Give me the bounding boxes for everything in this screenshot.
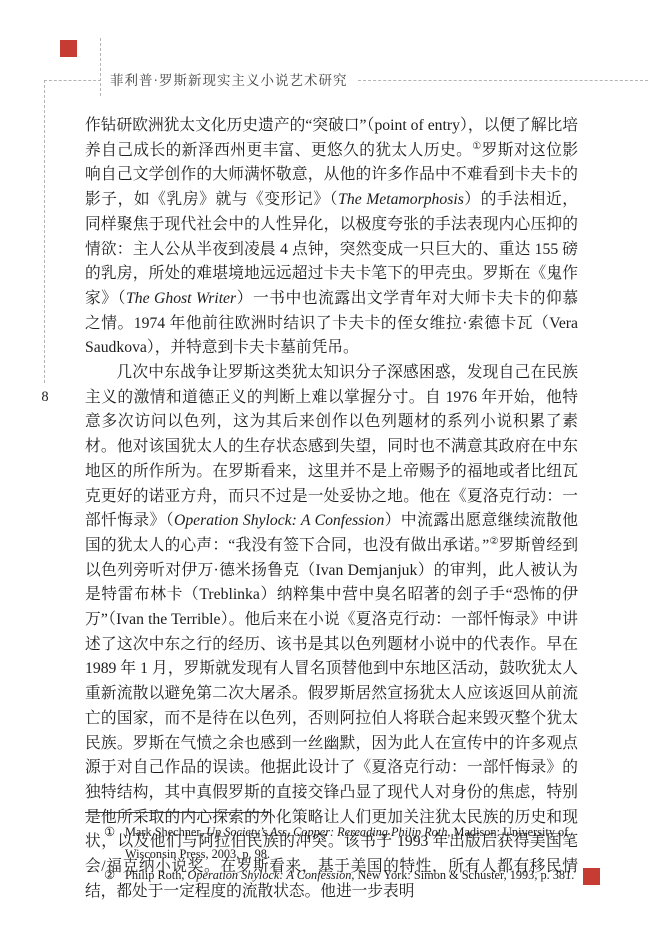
book-page: 菲利普·罗斯新现实主义小说艺术研究 8 作钻研欧洲犹太文化历史遗产的“突破口”（…	[0, 0, 661, 925]
header-dash-left	[44, 80, 101, 81]
red-corner-mark-top-left	[60, 40, 77, 57]
running-header-title: 菲利普·罗斯新现实主义小说艺术研究	[110, 71, 348, 90]
paragraph: 作钻研欧洲犹太文化历史遗产的“突破口”（point of entry），以便了解…	[85, 114, 578, 361]
header-dash-right	[358, 80, 649, 81]
body-text: 作钻研欧洲犹太文化历史遗产的“突破口”（point of entry），以便了解…	[85, 114, 578, 905]
footnote-marker: ②	[101, 865, 118, 887]
page-number: 8	[36, 389, 54, 406]
footnote-item: ①Mark Shechner, Up Society’s Ass, Copper…	[101, 822, 601, 865]
footnote-separator-rule	[85, 812, 270, 813]
footnote-text: Mark Shechner, Up Society’s Ass, Copper:…	[125, 822, 601, 865]
margin-vertical-dashed-rule	[44, 80, 45, 383]
footnote-text: Philip Roth, Operation Shylock: A Confes…	[125, 865, 601, 887]
footnote-list: ①Mark Shechner, Up Society’s Ass, Copper…	[101, 822, 601, 887]
footnote-marker: ①	[101, 822, 118, 865]
footnote-item: ②Philip Roth, Operation Shylock: A Confe…	[101, 865, 601, 887]
running-header: 菲利普·罗斯新现实主义小说艺术研究	[44, 71, 648, 90]
